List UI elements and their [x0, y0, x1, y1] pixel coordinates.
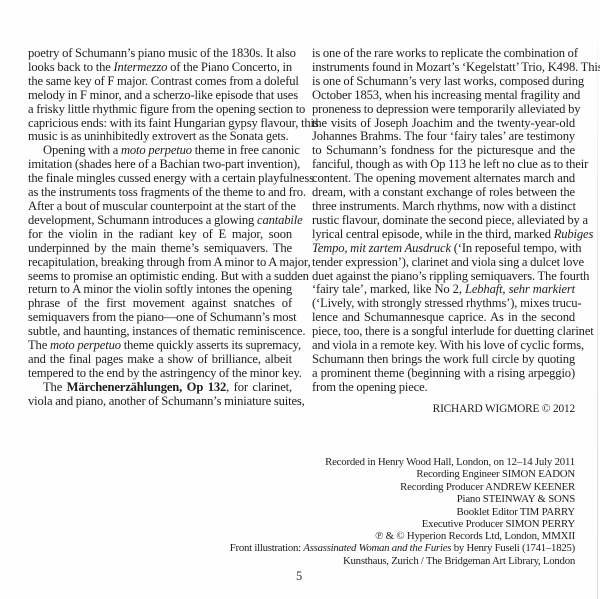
italic-term: cantabile: [257, 213, 303, 227]
paragraph-2: Opening with a moto perpetuo theme in fr…: [28, 144, 292, 380]
text-line: looks back to the Intermezzo of the Pian…: [28, 61, 292, 75]
text-line: The moto perpetuo theme quickly asserts …: [28, 339, 292, 353]
text-line: phrase of the first movement against sna…: [28, 297, 292, 311]
text-line: After a bout of muscular counterpoint at…: [28, 200, 292, 214]
text-line: content. The opening movement alternates…: [312, 172, 575, 186]
text-line: piece, too, there is a songful interlude…: [312, 325, 575, 339]
text-line: The Märchenerzählungen, Op 132, for clar…: [28, 381, 292, 395]
recording-credits: Recorded in Henry Wood Hall, London, on …: [325, 456, 575, 543]
italic-term: moto perpetuo: [50, 338, 121, 352]
credit-line: Recorded in Henry Wood Hall, London, on …: [325, 456, 575, 468]
text-line: rustic flavour, dominate the second piec…: [312, 214, 575, 228]
text-line: Schumann then brings the work full circl…: [312, 353, 575, 367]
text-line: to Schumann’s fondness for the picturesq…: [312, 144, 575, 158]
author-signature: RICHARD WIGMORE © 2012: [433, 403, 575, 415]
text-line: October 1853, when his increasing mental…: [312, 89, 575, 103]
text-line: (‘Lively, with strongly stressed rhythms…: [312, 297, 575, 311]
illustration-line: Front illustration: Assassinated Woman a…: [230, 542, 575, 555]
text-line: return to A minor the violin softly into…: [28, 283, 292, 297]
text-line: is one of the rare works to replicate th…: [312, 47, 575, 61]
text-line: lyrical central episode, while in the th…: [312, 228, 575, 242]
text-line: Johannes Brahms. The four ‘fairy tales’ …: [312, 130, 575, 144]
text-line: viola and piano, another of Schumann’s m…: [28, 395, 292, 409]
text-line: fanciful, though as with Op 113 he left …: [312, 158, 575, 172]
text-line: Opening with a moto perpetuo theme in fr…: [28, 144, 292, 158]
paragraph-1: poetry of Schumann’s piano music of the …: [28, 47, 292, 144]
text-line: the finale mingles cussed energy with a …: [28, 172, 292, 186]
credit-line: Recording Producer ANDREW KEENER: [325, 481, 575, 493]
illustration-credit: Front illustration: Assassinated Woman a…: [230, 542, 575, 567]
credit-line: Piano STEINWAY & SONS: [325, 493, 575, 505]
text-line: tender expression’), clarinet and viola …: [312, 256, 575, 270]
text-line: Tempo, mit zartem Ausdruck (‘In reposefu…: [312, 242, 575, 256]
text-line: and viola in a remote key. With his love…: [312, 339, 575, 353]
copyright-line: ℗ & © Hyperion Records Ltd, London, MMXI…: [325, 530, 575, 542]
paragraph-3: The Märchenerzählungen, Op 132, for clar…: [28, 381, 292, 409]
text-line: proneness to depression were temporarily…: [312, 103, 575, 117]
text-line: underpinned by the main theme’s semiquav…: [28, 242, 292, 256]
text-line: capricious ends: with its faint Hungaria…: [28, 117, 292, 131]
text-line: a prominent theme (beginning with a risi…: [312, 367, 575, 381]
credit-line: Recording Engineer SIMON EADON: [325, 468, 575, 480]
text-line: lence and Schumannesque caprice. As in t…: [312, 311, 575, 325]
text-line: as the instruments toss fragments of the…: [28, 186, 292, 200]
text-line: from the opening piece.: [312, 381, 575, 395]
page-edge: [597, 0, 598, 599]
text-line: ‘fairy tale’, marked, like No 2, Lebhaft…: [312, 283, 575, 297]
text-line: melody in F minor, and a scherzo-like ep…: [28, 89, 292, 103]
text-line: duet against the piano’s rippling semiqu…: [312, 270, 575, 284]
text-line: is one of Schumann’s very last works, co…: [312, 75, 575, 89]
illustration-source: Kunsthaus, Zurich / The Bridgeman Art Li…: [230, 555, 575, 568]
work-title: Märchenerzählungen, Op 132: [67, 380, 227, 394]
text-line: the visits of Joseph Joachim and the twe…: [312, 117, 575, 131]
right-column: is one of the rare works to replicate th…: [312, 47, 575, 395]
italic-term: Lebhaft, sehr markiert: [465, 282, 575, 296]
credit-line: Executive Producer SIMON PERRY: [325, 518, 575, 530]
text-line: and the final pages make a show of brill…: [28, 353, 292, 367]
text-line: a frisky little rhythmic figure from the…: [28, 103, 292, 117]
text-line: development, Schumann introduces a glowi…: [28, 214, 292, 228]
italic-term: Rubiges: [554, 227, 594, 241]
paragraph-continued: is one of the rare works to replicate th…: [312, 47, 575, 395]
text-line: three instruments. March rhythms, now wi…: [312, 200, 575, 214]
text-line: recapitulation, breaking through from A …: [28, 256, 292, 270]
artwork-title: Assassinated Woman and the Furies: [303, 542, 451, 554]
italic-term: moto perpetuo: [121, 143, 192, 157]
left-column: poetry of Schumann’s piano music of the …: [28, 47, 292, 409]
text-line: seems to promise an optimistic ending. B…: [28, 270, 292, 284]
text-line: poetry of Schumann’s piano music of the …: [28, 47, 292, 61]
italic-term: Intermezzo: [114, 60, 168, 74]
text-line: music is as uninhibitedly extrovert as t…: [28, 130, 292, 144]
text-line: subtle, and haunting, instances of thema…: [28, 325, 292, 339]
text-line: instruments found in Mozart’s ‘Kegelstat…: [312, 61, 575, 75]
text-line: for the violin in the radiant key of E m…: [28, 228, 292, 242]
page-number: 5: [296, 569, 302, 584]
credit-line: Booklet Editor TIM PARRY: [325, 506, 575, 518]
text-line: the same key of F major. Contrast comes …: [28, 75, 292, 89]
text-line: tempered to the end by the astringency o…: [28, 367, 292, 381]
text-line: semiquavers from the piano—one of Schuma…: [28, 311, 292, 325]
text-line: dream, with a constant exchange of roles…: [312, 186, 575, 200]
italic-term: Tempo, mit zartem Ausdruck: [312, 241, 451, 255]
text-line: imitation (shades here of a Bachian two-…: [28, 158, 292, 172]
